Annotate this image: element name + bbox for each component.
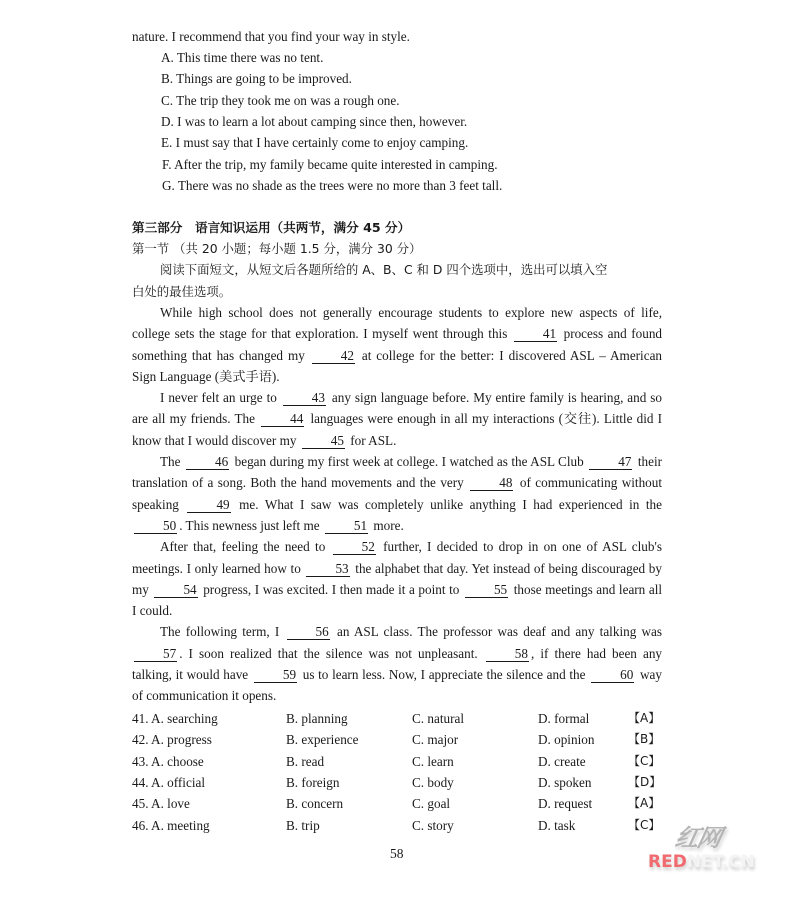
part-heading: 第三部分 语言知识运用（共两节，满分 45 分）: [132, 217, 410, 238]
choice-c: C. story: [412, 815, 454, 836]
question-row-45: 45. A. love B. concern C. goal D. reques…: [132, 793, 672, 814]
blank-45: 45: [302, 433, 345, 449]
rednet-watermark-logo: 红网 REDNET.CN: [648, 818, 768, 878]
blank-52: 52: [333, 539, 376, 555]
blank-44: 44: [261, 411, 304, 427]
choice-b: B. read: [286, 751, 324, 772]
text: The: [160, 454, 181, 469]
text: me. What I saw was completely unlike any…: [239, 497, 662, 512]
choice-b: B. trip: [286, 815, 320, 836]
question-row-42: 42. A. progress B. experience C. major D…: [132, 729, 672, 750]
text: more.: [373, 518, 403, 533]
option-e: E. I must say that I have certainly come…: [161, 132, 468, 153]
blank-54: 54: [154, 582, 197, 598]
blank-47: 47: [589, 454, 632, 470]
choice-b: B. planning: [286, 708, 348, 729]
choice-b: B. concern: [286, 793, 343, 814]
paragraph-1: While high school does not generally enc…: [132, 302, 662, 387]
choice-c: C. natural: [412, 708, 464, 729]
choice-d: D. create: [538, 751, 586, 772]
text: began during my first week at college. I…: [235, 454, 584, 469]
watermark-brand-text: REDNET.CN: [648, 852, 755, 872]
blank-49: 49: [187, 497, 230, 513]
choice-b: B. experience: [286, 729, 359, 750]
choice-a: 41. A. searching: [132, 708, 218, 729]
instruction-line-2: 白处的最佳选项。: [132, 281, 231, 302]
choice-d: D. request: [538, 793, 592, 814]
choice-a: 45. A. love: [132, 793, 190, 814]
choice-a: 42. A. progress: [132, 729, 212, 750]
paragraph-3: The 46 began during my first week at col…: [132, 451, 662, 536]
page-number: 58: [390, 846, 404, 862]
blank-59: 59: [254, 667, 297, 683]
blank-55: 55: [465, 582, 508, 598]
option-b: B. Things are going to be improved.: [161, 68, 352, 89]
watermark-red-text: RED: [648, 852, 687, 872]
choice-c: C. body: [412, 772, 454, 793]
blank-50: 50: [134, 518, 177, 534]
choice-b: B. foreign: [286, 772, 339, 793]
option-g: G. There was no shade as the trees were …: [162, 175, 502, 196]
text: The following term, I: [160, 624, 279, 639]
answer-key: 【A】: [628, 708, 660, 729]
option-c: C. The trip they took me on was a rough …: [161, 90, 400, 111]
answer-key: 【A】: [628, 793, 660, 814]
blank-51: 51: [325, 518, 368, 534]
choice-d: D. spoken: [538, 772, 591, 793]
choice-d: D. task: [538, 815, 575, 836]
choice-a: 43. A. choose: [132, 751, 204, 772]
paragraph-4: After that, feeling the need to 52 furth…: [132, 536, 662, 621]
text: progress, I was excited. I then made it …: [203, 582, 459, 597]
choice-d: D. formal: [538, 708, 589, 729]
section-title: 第一节 （共 20 小题；每小题 1.5 分，满分 30 分）: [132, 238, 421, 259]
question-row-44: 44. A. official B. foreign C. body D. sp…: [132, 772, 672, 793]
choice-c: C. learn: [412, 751, 454, 772]
blank-58: 58: [486, 646, 529, 662]
question-row-43: 43. A. choose B. read C. learn D. create…: [132, 751, 672, 772]
previous-passage-tail: nature. I recommend that you find your w…: [132, 26, 410, 47]
blank-57: 57: [134, 646, 177, 662]
answer-key: 【B】: [628, 729, 660, 750]
answer-key: 【D】: [628, 772, 661, 793]
text: . This newness just left me: [179, 518, 319, 533]
option-d: D. I was to learn a lot about camping si…: [161, 111, 467, 132]
question-row-46: 46. A. meeting B. trip C. story D. task …: [132, 815, 672, 836]
watermark-chinese-text: 红网: [672, 818, 723, 853]
text: I never felt an urge to: [160, 390, 277, 405]
choice-c: C. goal: [412, 793, 450, 814]
option-f: F. After the trip, my family became quit…: [162, 154, 498, 175]
blank-48: 48: [470, 475, 513, 491]
passage: While high school does not generally enc…: [132, 302, 662, 707]
text: . I soon realized that the silence was n…: [179, 646, 478, 661]
text: an ASL class. The professor was deaf and…: [337, 624, 662, 639]
blank-53: 53: [306, 561, 349, 577]
instruction-line-1: 阅读下面短文，从短文后各题所给的 A、B、C 和 D 四个选项中，选出可以填入空: [160, 259, 607, 280]
paragraph-2: I never felt an urge to 43 any sign lang…: [132, 387, 662, 451]
blank-41: 41: [514, 326, 557, 342]
watermark-white-text: NET.CN: [687, 852, 755, 872]
choice-d: D. opinion: [538, 729, 594, 750]
blank-46: 46: [186, 454, 229, 470]
blank-56: 56: [287, 624, 330, 640]
text: After that, feeling the need to: [160, 539, 325, 554]
choice-a: 46. A. meeting: [132, 815, 210, 836]
paragraph-5: The following term, I 56 an ASL class. T…: [132, 621, 662, 706]
blank-43: 43: [283, 390, 326, 406]
choice-c: C. major: [412, 729, 458, 750]
answer-key: 【C】: [628, 751, 660, 772]
option-a: A. This time there was no tent.: [161, 47, 323, 68]
question-row-41: 41. A. searching B. planning C. natural …: [132, 708, 672, 729]
blank-42: 42: [312, 348, 355, 364]
text: us to learn less. Now, I appreciate the …: [303, 667, 586, 682]
choice-a: 44. A. official: [132, 772, 205, 793]
blank-60: 60: [591, 667, 634, 683]
text: for ASL.: [350, 433, 396, 448]
